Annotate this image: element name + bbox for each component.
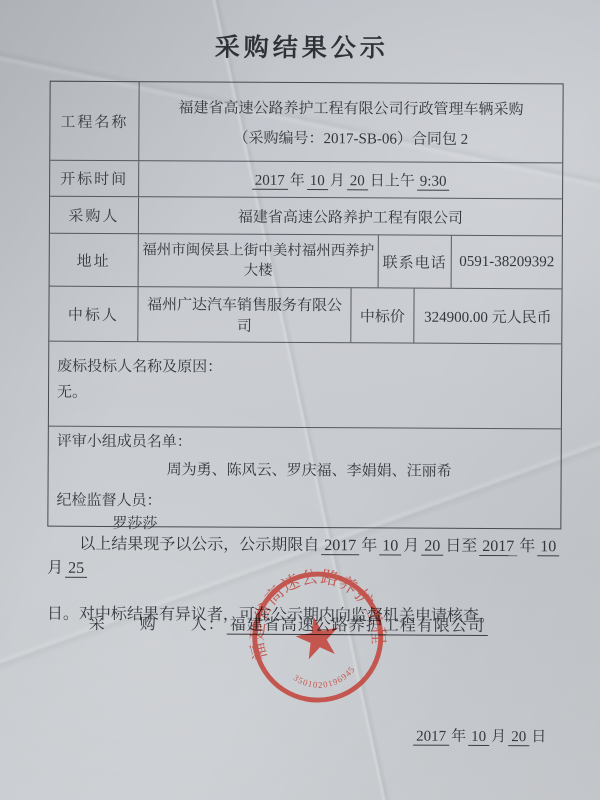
- table-row-winner: 中标人 福州广达汽车销售服务有限公司 中标价 324900.00 元人民币: [49, 286, 561, 344]
- review-panel-title: 评审小组成员名单：: [57, 435, 551, 453]
- document-sheet: 采购结果公示 工程名称 福建省高速公路养护工程有限公司行政管理车辆采购 （采购编…: [0, 0, 600, 800]
- price-value: 324900.00 元人民币: [413, 289, 561, 344]
- rejected-bidders-value: 无。: [57, 380, 551, 409]
- document-photo: 采购结果公示 工程名称 福建省高速公路养护工程有限公司行政管理车辆采购 （采购编…: [0, 0, 600, 800]
- project-name-line1: 福建省高速公路养护工程有限公司行政管理车辆采购: [178, 96, 523, 119]
- project-name-label: 工程名称: [50, 82, 138, 160]
- project-name-line2: （采购编号：2017-SB-06）合同包 2: [234, 126, 469, 148]
- purchaser-label: 采购人: [50, 197, 138, 233]
- unit-year: 年: [361, 537, 377, 554]
- table-row-address: 地址 福州市闽侯县上街中美村福州西养护大楼 联系电话 0591-38209392: [50, 233, 562, 289]
- notice-to-year: 2017: [479, 538, 517, 556]
- notice-from-month: 10: [379, 537, 401, 555]
- unit-year: 年: [519, 538, 535, 555]
- open-year: 2017: [252, 173, 288, 190]
- unit-month: 月: [47, 560, 63, 577]
- unit-year: 年: [451, 729, 466, 745]
- address-label: 地址: [50, 234, 138, 286]
- footer-day: 20: [508, 729, 529, 746]
- unit-month: 月: [491, 729, 506, 745]
- unit-day: 日: [531, 729, 546, 745]
- open-time-label: 开标时间: [50, 161, 138, 196]
- review-panel-cell: 评审小组成员名单： 周为勇、陈风云、罗庆福、李娟娟、汪丽希 纪检监督人员： 罗莎…: [48, 427, 561, 529]
- footer-month: 10: [468, 729, 489, 746]
- official-seal: 福建省高速公路养护工程有限公司 3501020196945: [235, 554, 400, 719]
- notice-to-day: 25: [65, 560, 87, 578]
- footer-year: 2017: [413, 729, 449, 746]
- notice-from-day: 20: [421, 538, 443, 556]
- rejected-bidders-cell: 废标投标人名称及原因： 无。: [49, 342, 561, 429]
- open-day-suffix: 日上午: [370, 173, 415, 189]
- procurement-result-table: 工程名称 福建省高速公路养护工程有限公司行政管理车辆采购 （采购编号：2017-…: [47, 81, 563, 530]
- notice-mid: 日至: [445, 538, 477, 555]
- open-month: 10: [307, 173, 328, 190]
- unit-year: 年: [290, 173, 305, 189]
- footer-date: 2017年10月20日: [411, 725, 546, 747]
- price-label: 中标价: [350, 288, 413, 342]
- seal-star-icon: [292, 612, 343, 661]
- notice-lead: 以上结果现予以公示，公示期限自: [79, 536, 319, 554]
- open-day: 20: [347, 173, 368, 190]
- address-value: 福州市闽侯县上街中美村福州西养护大楼: [138, 234, 378, 287]
- phone-value: 0591-38209392: [451, 236, 562, 289]
- open-time-value: 2017年10月20日上午9:30: [138, 161, 562, 198]
- review-panel-members: 周为勇、陈风云、罗庆福、李娟娟、汪丽希: [167, 463, 551, 480]
- unit-month: 月: [403, 538, 419, 555]
- table-row-purchaser: 采购人 福建省高速公路养护工程有限公司: [50, 196, 562, 236]
- supervisor-title: 纪检监督人员：: [56, 494, 550, 512]
- table-row-open-time: 开标时间 2017年10月20日上午9:30: [50, 160, 562, 199]
- table-row-review-panel: 评审小组成员名单： 周为勇、陈风云、罗庆福、李娟娟、汪丽希 纪检监督人员： 罗莎…: [48, 426, 561, 529]
- table-row-project: 工程名称 福建省高速公路养护工程有限公司行政管理车辆采购 （采购编号：2017-…: [50, 82, 562, 163]
- supervisor-name: 罗莎莎: [112, 517, 550, 534]
- open-clock: 9:30: [417, 174, 450, 191]
- notice-to-month: 10: [537, 538, 559, 556]
- unit-month: 月: [330, 173, 345, 189]
- purchaser-value: 福建省高速公路养护工程有限公司: [138, 197, 562, 235]
- signature-label: 采 购 人：: [89, 616, 225, 634]
- winner-label: 中标人: [49, 287, 137, 341]
- page-title: 采购结果公示: [2, 26, 600, 65]
- project-name-value: 福建省高速公路养护工程有限公司行政管理车辆采购 （采购编号：2017-SB-06…: [138, 82, 562, 162]
- phone-label: 联系电话: [378, 235, 451, 287]
- winner-value: 福州广达汽车销售服务有限公司: [137, 287, 350, 342]
- table-row-rejected-bidders: 废标投标人名称及原因： 无。: [49, 341, 561, 429]
- rejected-bidders-title: 废标投标人名称及原因：: [57, 354, 551, 383]
- notice-from-year: 2017: [321, 537, 359, 555]
